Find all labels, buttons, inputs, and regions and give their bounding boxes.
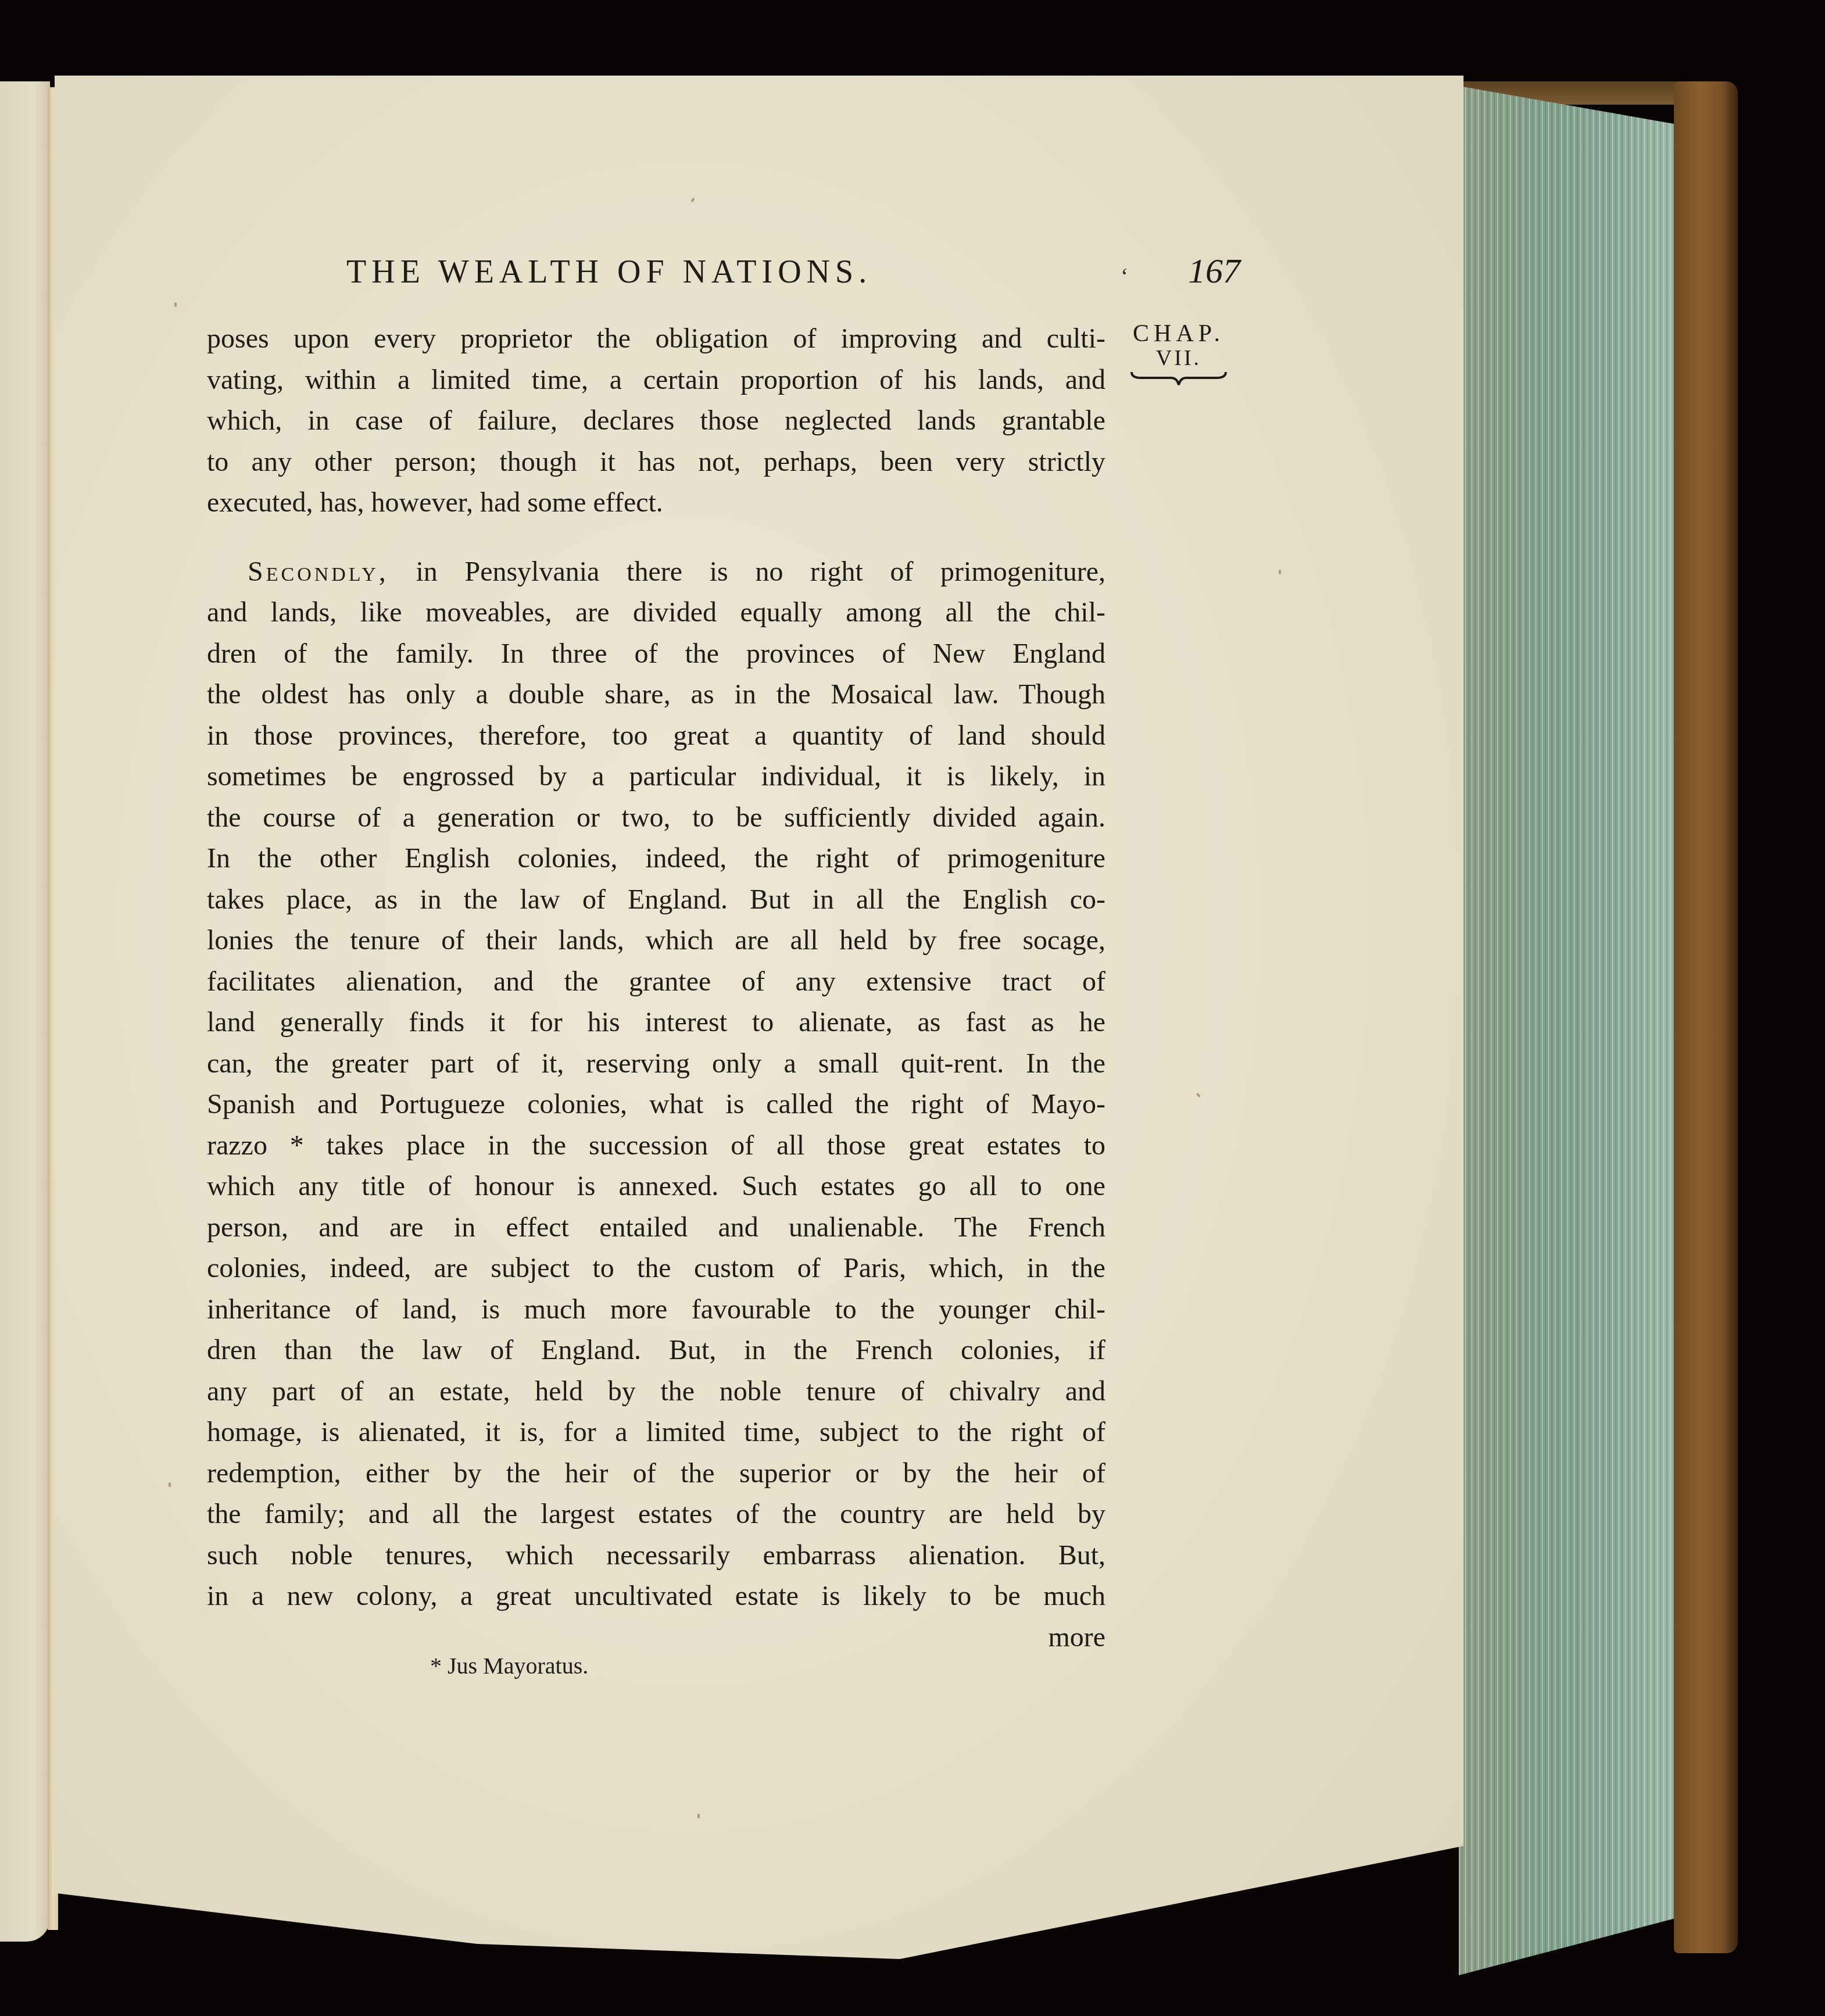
text-line: such noble tenures, which necessarily em… bbox=[207, 1535, 1105, 1577]
text-line: the course of a generation or two, to be… bbox=[207, 798, 1105, 839]
text-line: lonies the tenure of their lands, which … bbox=[207, 920, 1105, 961]
text-line: takes place, as in the law of England. B… bbox=[207, 880, 1105, 921]
paper-speck bbox=[1279, 570, 1281, 574]
text-line: the family; and all the largest estates … bbox=[207, 1494, 1105, 1535]
printer-mark: ‘ bbox=[1121, 263, 1128, 290]
chapter-sidenote: CHAP. VII. bbox=[1121, 321, 1237, 387]
left-page-edge bbox=[0, 81, 50, 1942]
brace-ornament-icon bbox=[1129, 370, 1228, 387]
text-line: any part of an estate, held by the noble… bbox=[207, 1371, 1105, 1413]
body-text: poses upon every proprietor the obligati… bbox=[207, 319, 1105, 1658]
text-line: land generally finds it for his interest… bbox=[207, 1002, 1105, 1043]
chapter-number: VII. bbox=[1121, 346, 1237, 370]
text-line: dren than the law of England. But, in th… bbox=[207, 1330, 1105, 1371]
page-edges-stack bbox=[1459, 86, 1674, 1975]
running-head: THE WEALTH OF NATIONS. bbox=[346, 253, 872, 291]
text-line: inheritance of land, is much more favour… bbox=[207, 1289, 1105, 1331]
text-line: razzo * takes place in the succession of… bbox=[207, 1125, 1105, 1167]
text-line: colonies, indeed, are subject to the cus… bbox=[207, 1248, 1105, 1289]
text-line: redemption, either by the heir of the su… bbox=[207, 1453, 1105, 1495]
text-line: In the other English colonies, indeed, t… bbox=[207, 838, 1105, 880]
smallcaps-lead: Secondly, bbox=[248, 556, 389, 587]
text-line: the oldest has only a double share, as i… bbox=[207, 674, 1105, 716]
text-line: homage, is alienated, it is, for a limit… bbox=[207, 1412, 1105, 1453]
text-line: executed, has, however, had some effect. bbox=[207, 482, 1105, 524]
paper-speck bbox=[174, 302, 177, 307]
text-line: in a new colony, a great uncultivated es… bbox=[207, 1576, 1105, 1617]
chapter-label: CHAP. bbox=[1121, 321, 1237, 346]
text-line: vating, within a limited time, a certain… bbox=[207, 360, 1105, 401]
text-line: which, in case of failure, declares thos… bbox=[207, 401, 1105, 442]
text-line: and lands, like moveables, are divided e… bbox=[207, 592, 1105, 634]
text-line: poses upon every proprietor the obligati… bbox=[207, 319, 1105, 360]
text-line: dren of the family. In three of the prov… bbox=[207, 634, 1105, 675]
paper-speck bbox=[169, 1482, 171, 1487]
text-line: sometimes be engrossed by a particular i… bbox=[207, 756, 1105, 798]
paragraph-gap bbox=[207, 524, 1105, 552]
text-line: which any title of honour is annexed. Su… bbox=[207, 1166, 1105, 1207]
paragraph-first-line: Secondly, in Pensylvania there is no rig… bbox=[207, 552, 1105, 593]
footnote: * Jus Mayoratus. bbox=[430, 1652, 588, 1679]
text-line: person, and are in effect entailed and u… bbox=[207, 1207, 1105, 1249]
catchword: more bbox=[207, 1617, 1105, 1658]
paper-speck bbox=[697, 1814, 700, 1818]
text-line: can, the greater part of it, reserving o… bbox=[207, 1043, 1105, 1085]
book-photo: THE WEALTH OF NATIONS. ‘ 167 CHAP. VII. … bbox=[0, 0, 1825, 2016]
text-line: to any other person; though it has not, … bbox=[207, 442, 1105, 483]
text-line: in those provinces, therefore, too great… bbox=[207, 716, 1105, 757]
text-line: Spanish and Portugueze colonies, what is… bbox=[207, 1084, 1105, 1125]
first-line-rest: in Pensylvania there is no right of prim… bbox=[389, 556, 1105, 587]
page-number: 167 bbox=[1188, 251, 1240, 291]
leather-cover bbox=[1674, 81, 1738, 1953]
text-line: facilitates alienation, and the grantee … bbox=[207, 961, 1105, 1003]
